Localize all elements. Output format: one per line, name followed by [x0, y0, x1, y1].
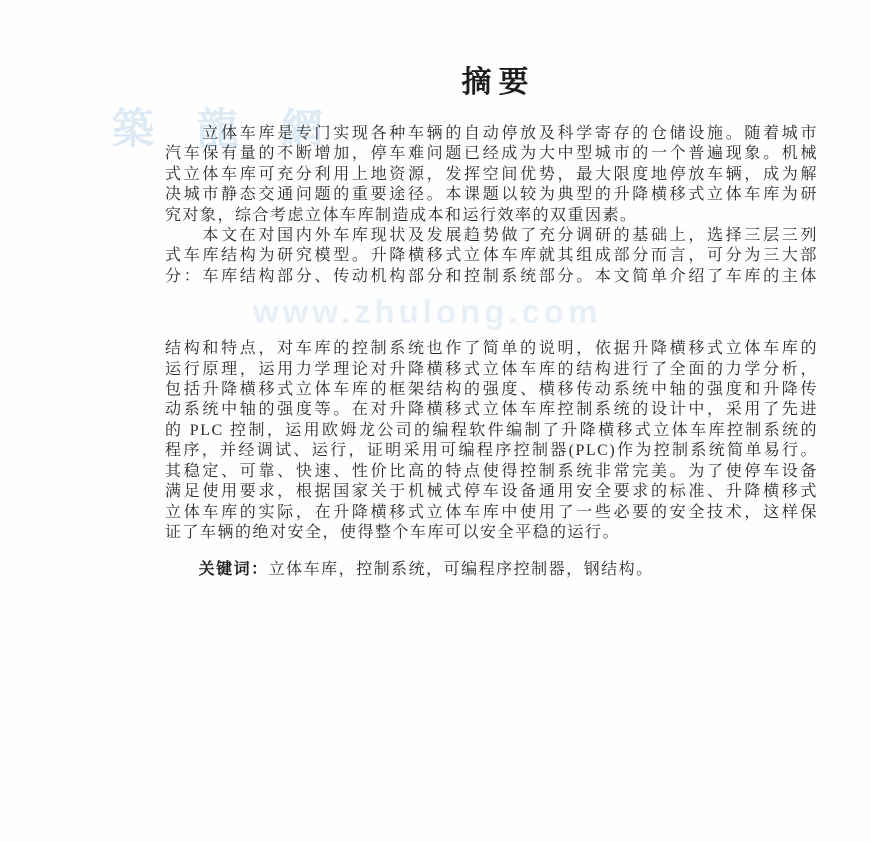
- text-line: 动系统中轴的强度等。在对升降横移式立体车库控制系统的设计中，采用了先进: [165, 400, 818, 420]
- text-line: 立体车库的实际，在升降横移式立体车库中使用了一些必要的安全技术，这样保: [165, 503, 818, 523]
- text-line: 结构和特点，对车库的控制系统也作了简单的说明，依据升降横移式立体车库的: [165, 339, 818, 359]
- abstract-content: 立体车库是专门实现各种车辆的自动停放及科学寄存的仓储设施。随着城市汽车保有量的不…: [165, 124, 818, 581]
- text-line: 满足使用要求，根据国家关于机械式停车设备通用安全要求的标准、升降横移式: [165, 482, 818, 502]
- text-line: 运行原理，运用力学理论对升降横移式立体车库的结构进行了全面的力学分析，: [165, 360, 818, 380]
- text-line: 证了车辆的绝对安全，使得整个车库可以安全平稳的运行。: [165, 523, 818, 543]
- abstract-paragraphs-top: 立体车库是专门实现各种车辆的自动停放及科学寄存的仓储设施。随着城市汽车保有量的不…: [165, 124, 818, 287]
- text-line: 分：车库结构部分、传动机构部分和控制系统部分。本文简单介绍了车库的主体: [165, 267, 818, 287]
- text-line: 本文在对国内外车库现状及发展趋势做了充分调研的基础上，选择三层三列: [165, 226, 818, 246]
- keywords-text: 立体车库，控制系统，可编程序控制器，钢结构。: [269, 561, 654, 578]
- document-page: 築 龍 網 摘要 立体车库是专门实现各种车辆的自动停放及科学寄存的仓储设施。随着…: [0, 0, 870, 842]
- text-line: 式车库结构为研究模型。升降横移式立体车库就其组成部分而言，可分为三大部: [165, 246, 818, 266]
- text-line: 式立体车库可充分利用上地资源，发挥空间优势，最大限度地停放车辆，成为解: [165, 165, 818, 185]
- text-line: 的 PLC 控制，运用欧姆龙公司的编程软件编制了升降横移式立体车库控制系统的: [165, 421, 818, 441]
- text-line: 包括升降横移式立体车库的框架结构的强度、横移传动系统中轴的强度和升降传: [165, 380, 818, 400]
- watermark-zhulong-url: www.zhulong.com: [253, 293, 601, 331]
- text-line: 立体车库是专门实现各种车辆的自动停放及科学寄存的仓储设施。随着城市: [165, 124, 818, 144]
- keywords-label: 关键词：: [199, 561, 269, 578]
- text-line: 其稳定、可靠、快速、性价比高的特点使得控制系统非常完美。为了使停车设备: [165, 462, 818, 482]
- text-line: 究对象，综合考虑立体车库制造成本和运行效率的双重因素。: [165, 206, 818, 226]
- keywords-line: 关键词：立体车库，控制系统，可编程序控制器，钢结构。: [165, 560, 818, 580]
- page-title: 摘要: [0, 64, 825, 102]
- watermark-band: www.zhulong.com: [165, 287, 818, 339]
- text-line: 汽车保有量的不断增加，停车难问题已经成为大中型城市的一个普遍现象。机械: [165, 144, 818, 164]
- text-line: 程序，并经调试、运行，证明采用可编程序控制器(PLC)作为控制系统简单易行。: [165, 441, 818, 461]
- text-line: 决城市静态交通问题的重要途径。本课题以较为典型的升降横移式立体车库为研: [165, 185, 818, 205]
- abstract-paragraphs-bottom: 结构和特点，对车库的控制系统也作了简单的说明，依据升降横移式立体车库的运行原理，…: [165, 339, 818, 543]
